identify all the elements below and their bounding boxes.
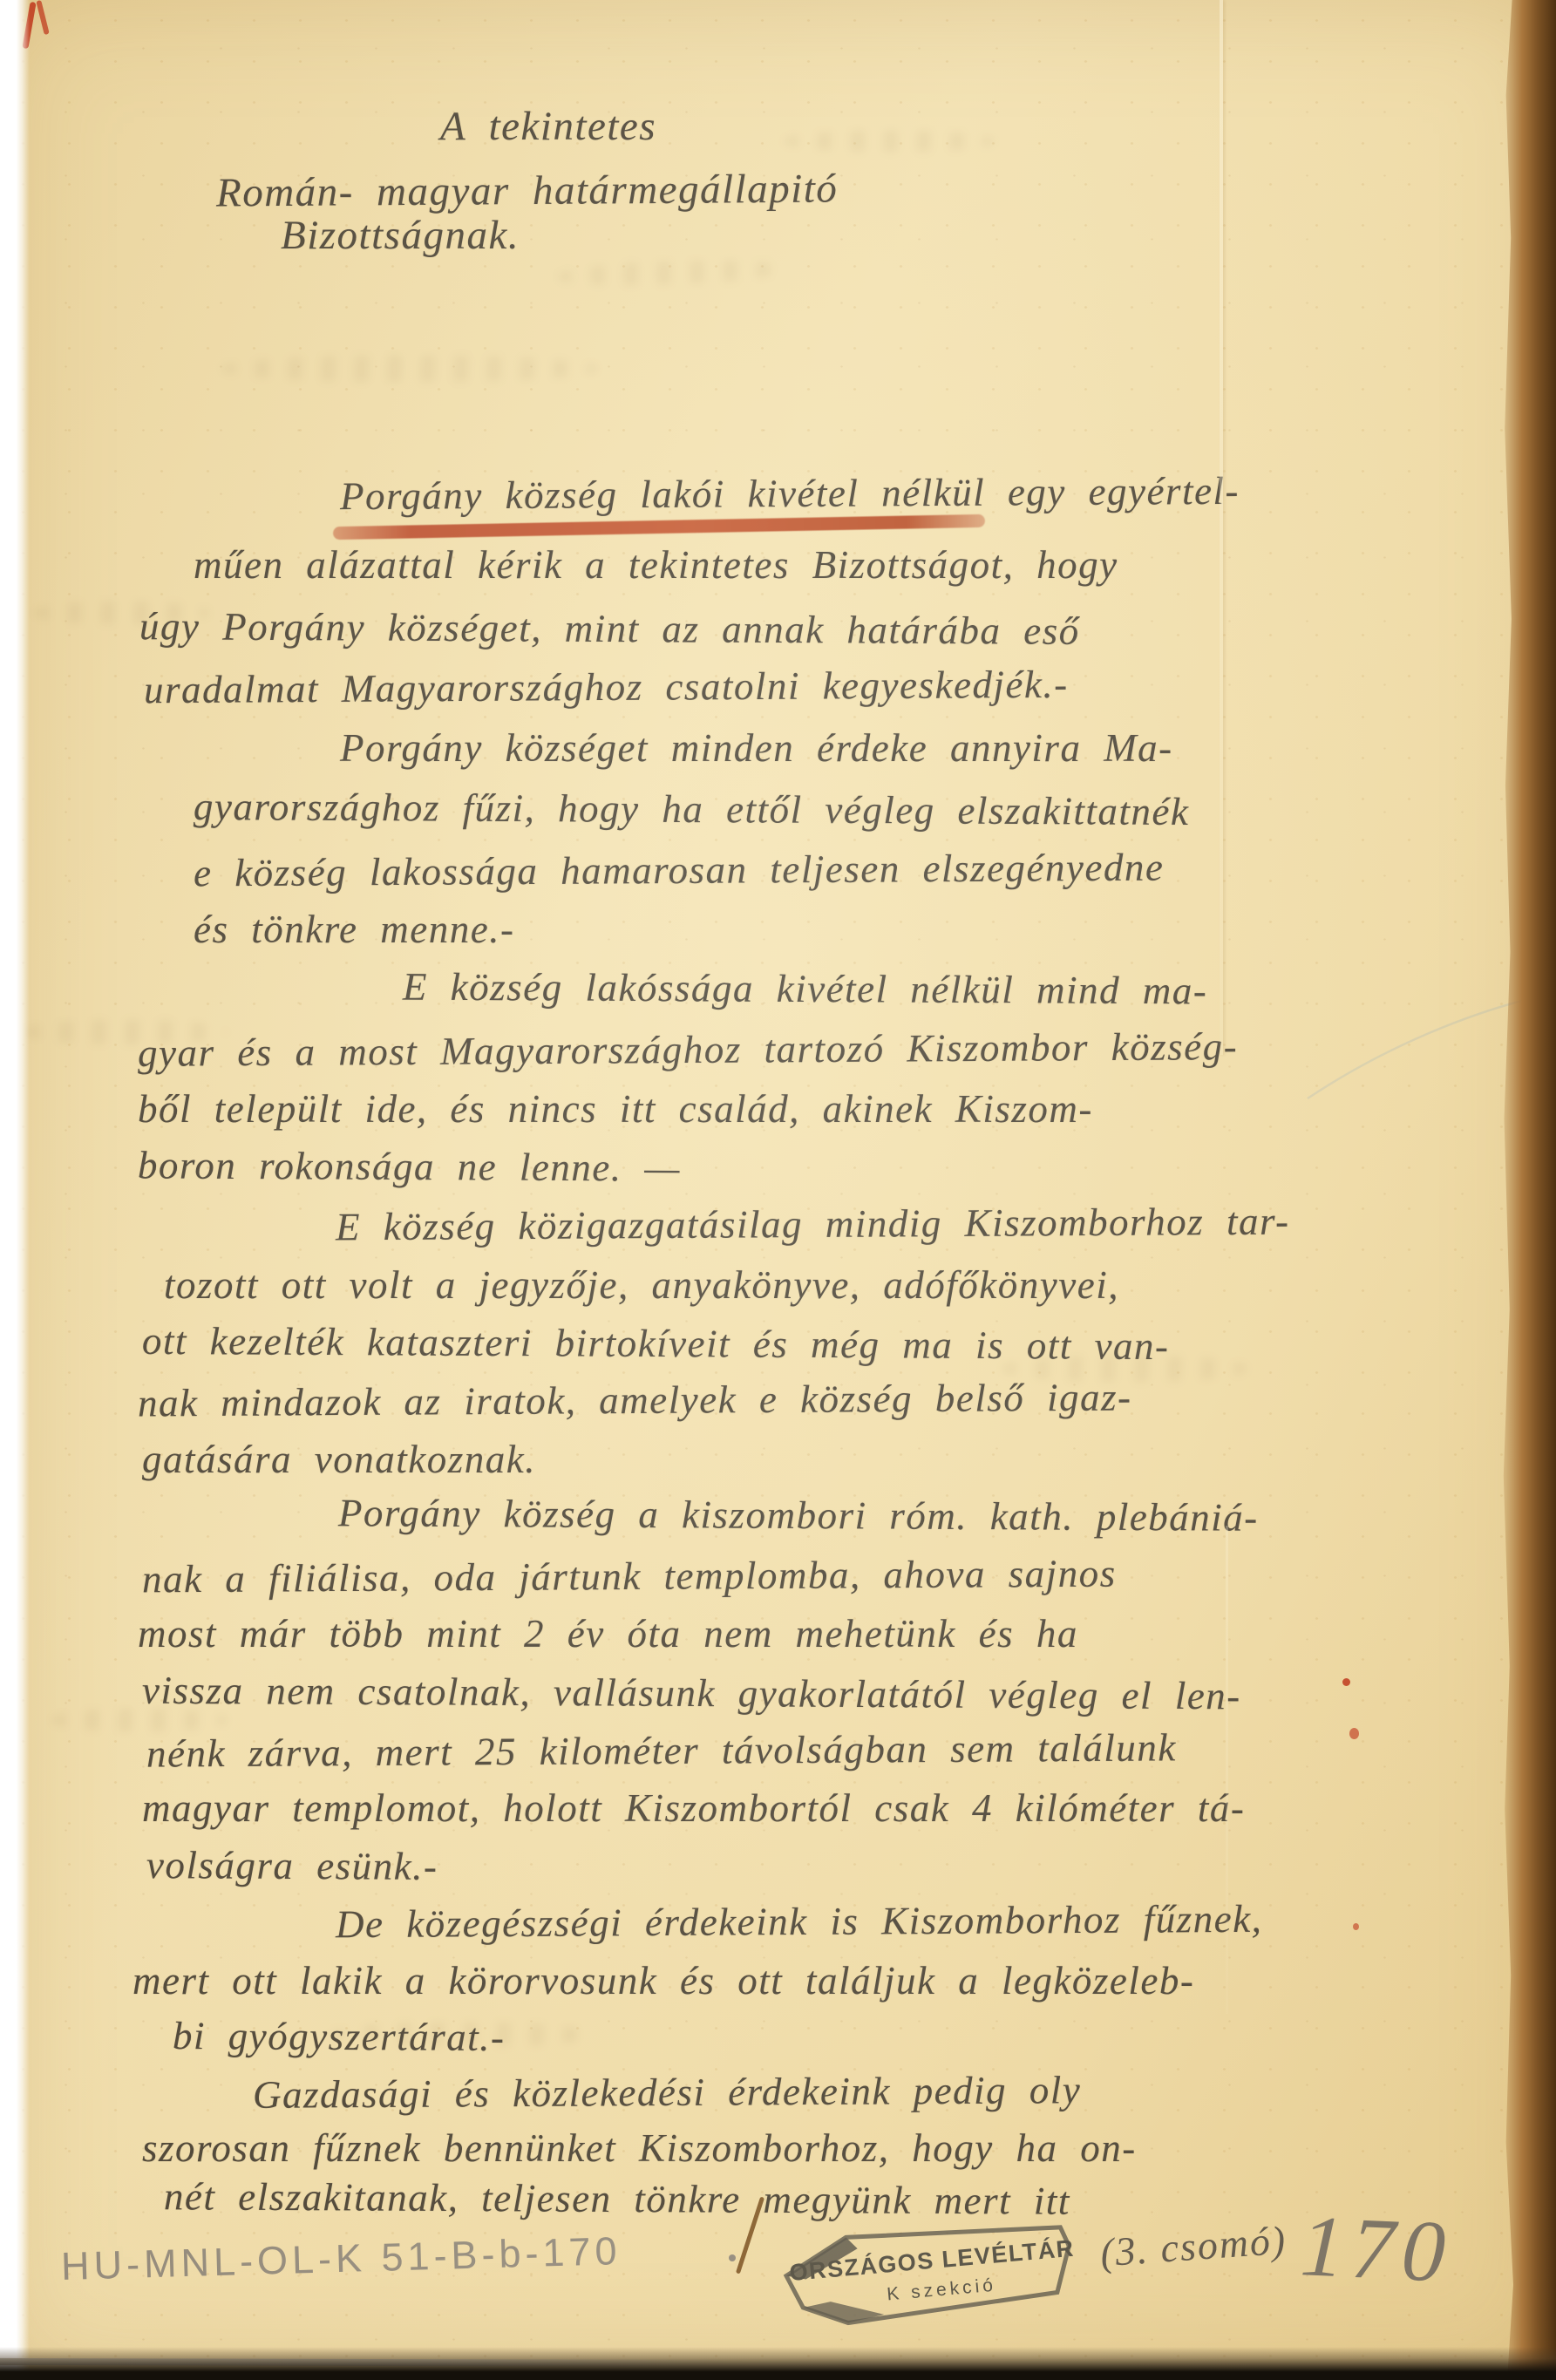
handwritten-line: E község lakóssága kivétel nélkül mind m… — [403, 964, 1208, 1014]
handwritten-line: gyarországhoz fűzi, hogy ha ettől végleg… — [194, 784, 1190, 834]
handwritten-line: gyar és a most Magyarországhoz tartozó K… — [138, 1023, 1238, 1076]
handwritten-line: boron rokonsága ne lenne. — — [138, 1142, 681, 1190]
addressee-line: Román- magyar határmegállapitó — [216, 166, 839, 217]
handwritten-line: ből települt ide, és nincs itt család, a… — [138, 1086, 1093, 1132]
handwritten-line: vissza nem csatolnak, vallásunk gyakorla… — [142, 1668, 1241, 1719]
ink-bleed-smudge — [785, 131, 994, 152]
handwritten-line: uradalmat Magyarországhoz csatolni kegye… — [144, 662, 1069, 712]
handwritten-line: nak a filiálisa, oda jártunk templomba, … — [142, 1551, 1117, 1602]
handwritten-line: E község közigazgatásilag mindig Kiszomb… — [336, 1199, 1290, 1250]
ink-bleed-smudge — [558, 257, 785, 288]
red-speck — [1342, 1678, 1350, 1686]
paper-fold-crease — [1226, 1526, 1228, 2014]
paper-fold-crease — [1220, 0, 1223, 1055]
handwritten-line: ott kezelték kataszteri birtokíveit és m… — [142, 1318, 1170, 1369]
handwritten-line: gatására vonatkoznak. — [142, 1437, 536, 1482]
archival-reference-code: HU-MNL-OL-K 51-B-b-170 — [60, 2228, 622, 2289]
stamp-title: ORSZÁGOS LEVÉLTÁR — [788, 2234, 1075, 2286]
handwritten-line: volságra esünk.- — [146, 1842, 438, 1889]
pencil-dot — [729, 2254, 736, 2261]
handwritten-line: szorosan fűznek bennünket Kiszomborhoz, … — [142, 2125, 1137, 2171]
handwritten-line: most már több mint 2 év óta nem mehetünk… — [138, 1611, 1078, 1656]
stamp-subtitle: K szekció — [886, 2275, 996, 2305]
red-speck — [1349, 1728, 1359, 1739]
handwritten-line: műen alázattal kérik a tekintetes Bizott… — [194, 542, 1118, 588]
folio-number: 170 — [1299, 2195, 1455, 2302]
handwritten-line: magyar templomot, holott Kiszombortól cs… — [142, 1785, 1245, 1831]
handwritten-line: úgy Porgány községet, mint az annak hatá… — [139, 603, 1080, 654]
handwritten-line: Porgány község a kiszombori róm. kath. p… — [338, 1490, 1259, 1540]
addressee-line: Bizottságnak. — [281, 212, 520, 259]
handwritten-line: tozott ott volt a jegyzője, anyakönyve, … — [164, 1262, 1119, 1308]
handwritten-line: és tönkre menne.- — [194, 907, 514, 952]
paper-torn-edge-right — [1495, 0, 1556, 2380]
handwritten-line: nak mindazok az iratok, amelyek e község… — [138, 1375, 1132, 1426]
handwritten-line: bi gyógyszertárat.- — [173, 2013, 506, 2060]
handwritten-line: De közegészségi érdekeink is Kiszomborho… — [336, 1896, 1263, 1947]
scan-shadow-bottom — [0, 2347, 1556, 2380]
handwritten-line: nénk zárva, mert 25 kilométer távolságba… — [146, 1724, 1177, 1776]
ink-bleed-smudge — [222, 356, 597, 382]
bundle-note: (3. csomó) — [1098, 2217, 1288, 2276]
scanned-letter-page: A tekintetes Román- magyar határmegállap… — [0, 0, 1556, 2380]
handwritten-line: Gazdasági és közlekedési érdekeink pedig… — [253, 2067, 1082, 2118]
red-speck — [1353, 1923, 1359, 1930]
scanner-edge-left — [0, 0, 30, 2380]
salutation-line: A tekintetes — [440, 103, 656, 150]
red-crayon-mark — [36, 0, 49, 35]
handwritten-line: Porgány községet minden érdeke annyira M… — [340, 725, 1173, 771]
handwritten-line: mert ott lakik a körorvosunk és ott talá… — [132, 1958, 1194, 2003]
handwritten-line: Porgány község lakói kivétel nélkül egy … — [340, 468, 1240, 519]
handwritten-line: e község lakossága hamarosan teljesen el… — [194, 845, 1165, 896]
